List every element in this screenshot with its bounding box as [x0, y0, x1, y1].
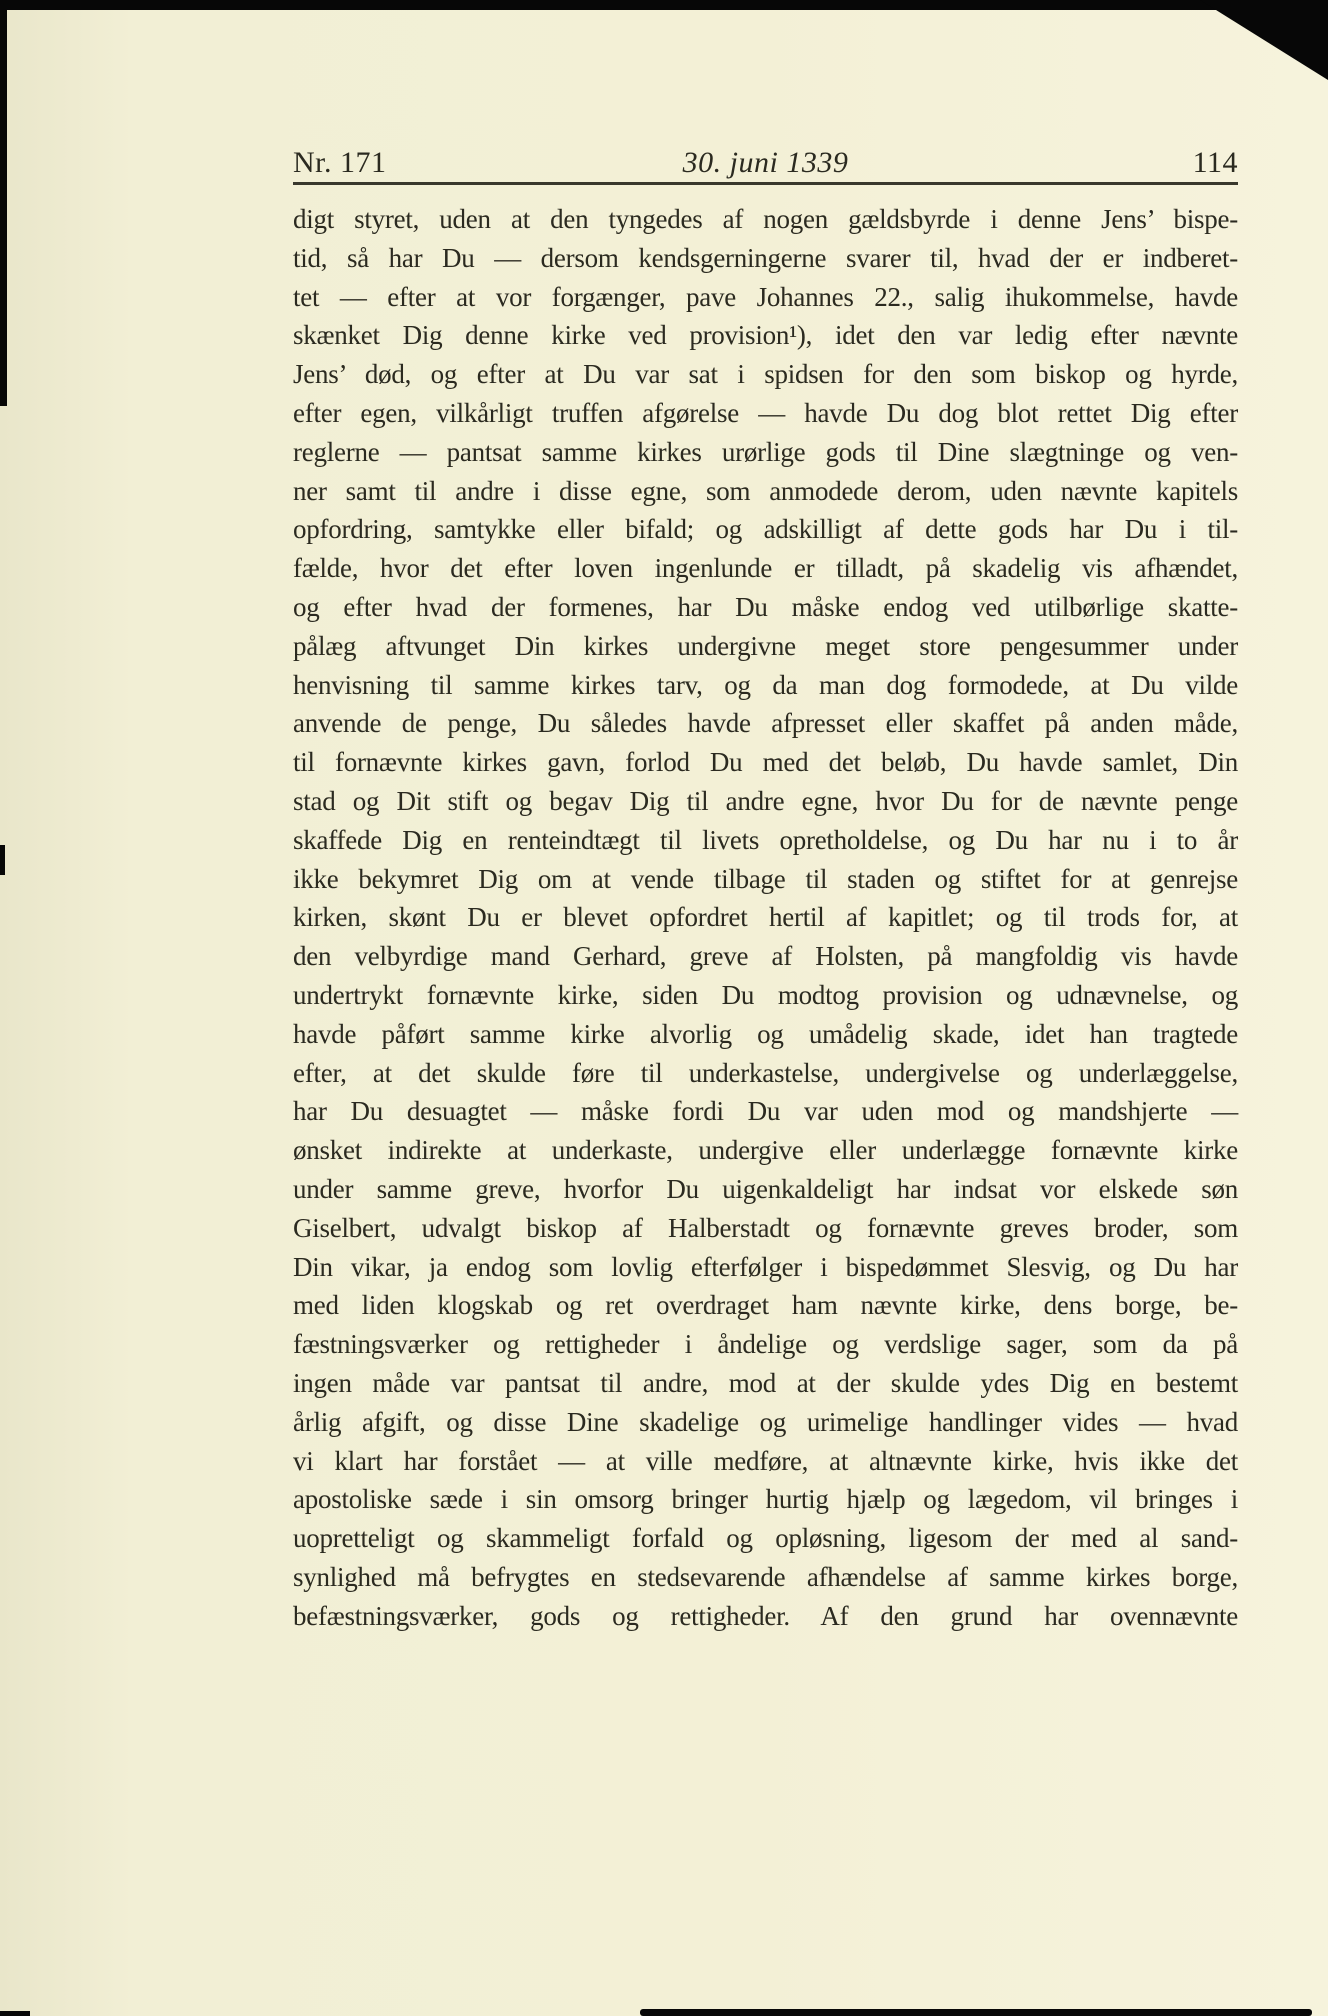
page-number: 114 [960, 146, 1238, 180]
scan-artifact-left-edge [0, 0, 7, 406]
scan-artifact-top-right-corner [1200, 0, 1328, 80]
scan-artifact-bottom-edge [640, 2009, 1312, 2016]
scan-artifact-top-edge [0, 0, 1328, 10]
page-header: Nr. 171 30. juni 1339 114 [293, 146, 1238, 180]
document-body-text: digt styret, uden at den tyngedes af nog… [293, 200, 1238, 1635]
scan-artifact-left-tick [0, 845, 5, 875]
header-rule [293, 182, 1238, 185]
page-content: Nr. 171 30. juni 1339 114 digt styret, u… [293, 146, 1238, 1635]
document-number: Nr. 171 [293, 146, 571, 180]
scan-artifact-bottom-left-corner [0, 2011, 30, 2016]
document-date: 30. juni 1339 [571, 146, 960, 180]
scanned-book-page: { "document": { "header": { "number": "N… [0, 0, 1328, 2016]
